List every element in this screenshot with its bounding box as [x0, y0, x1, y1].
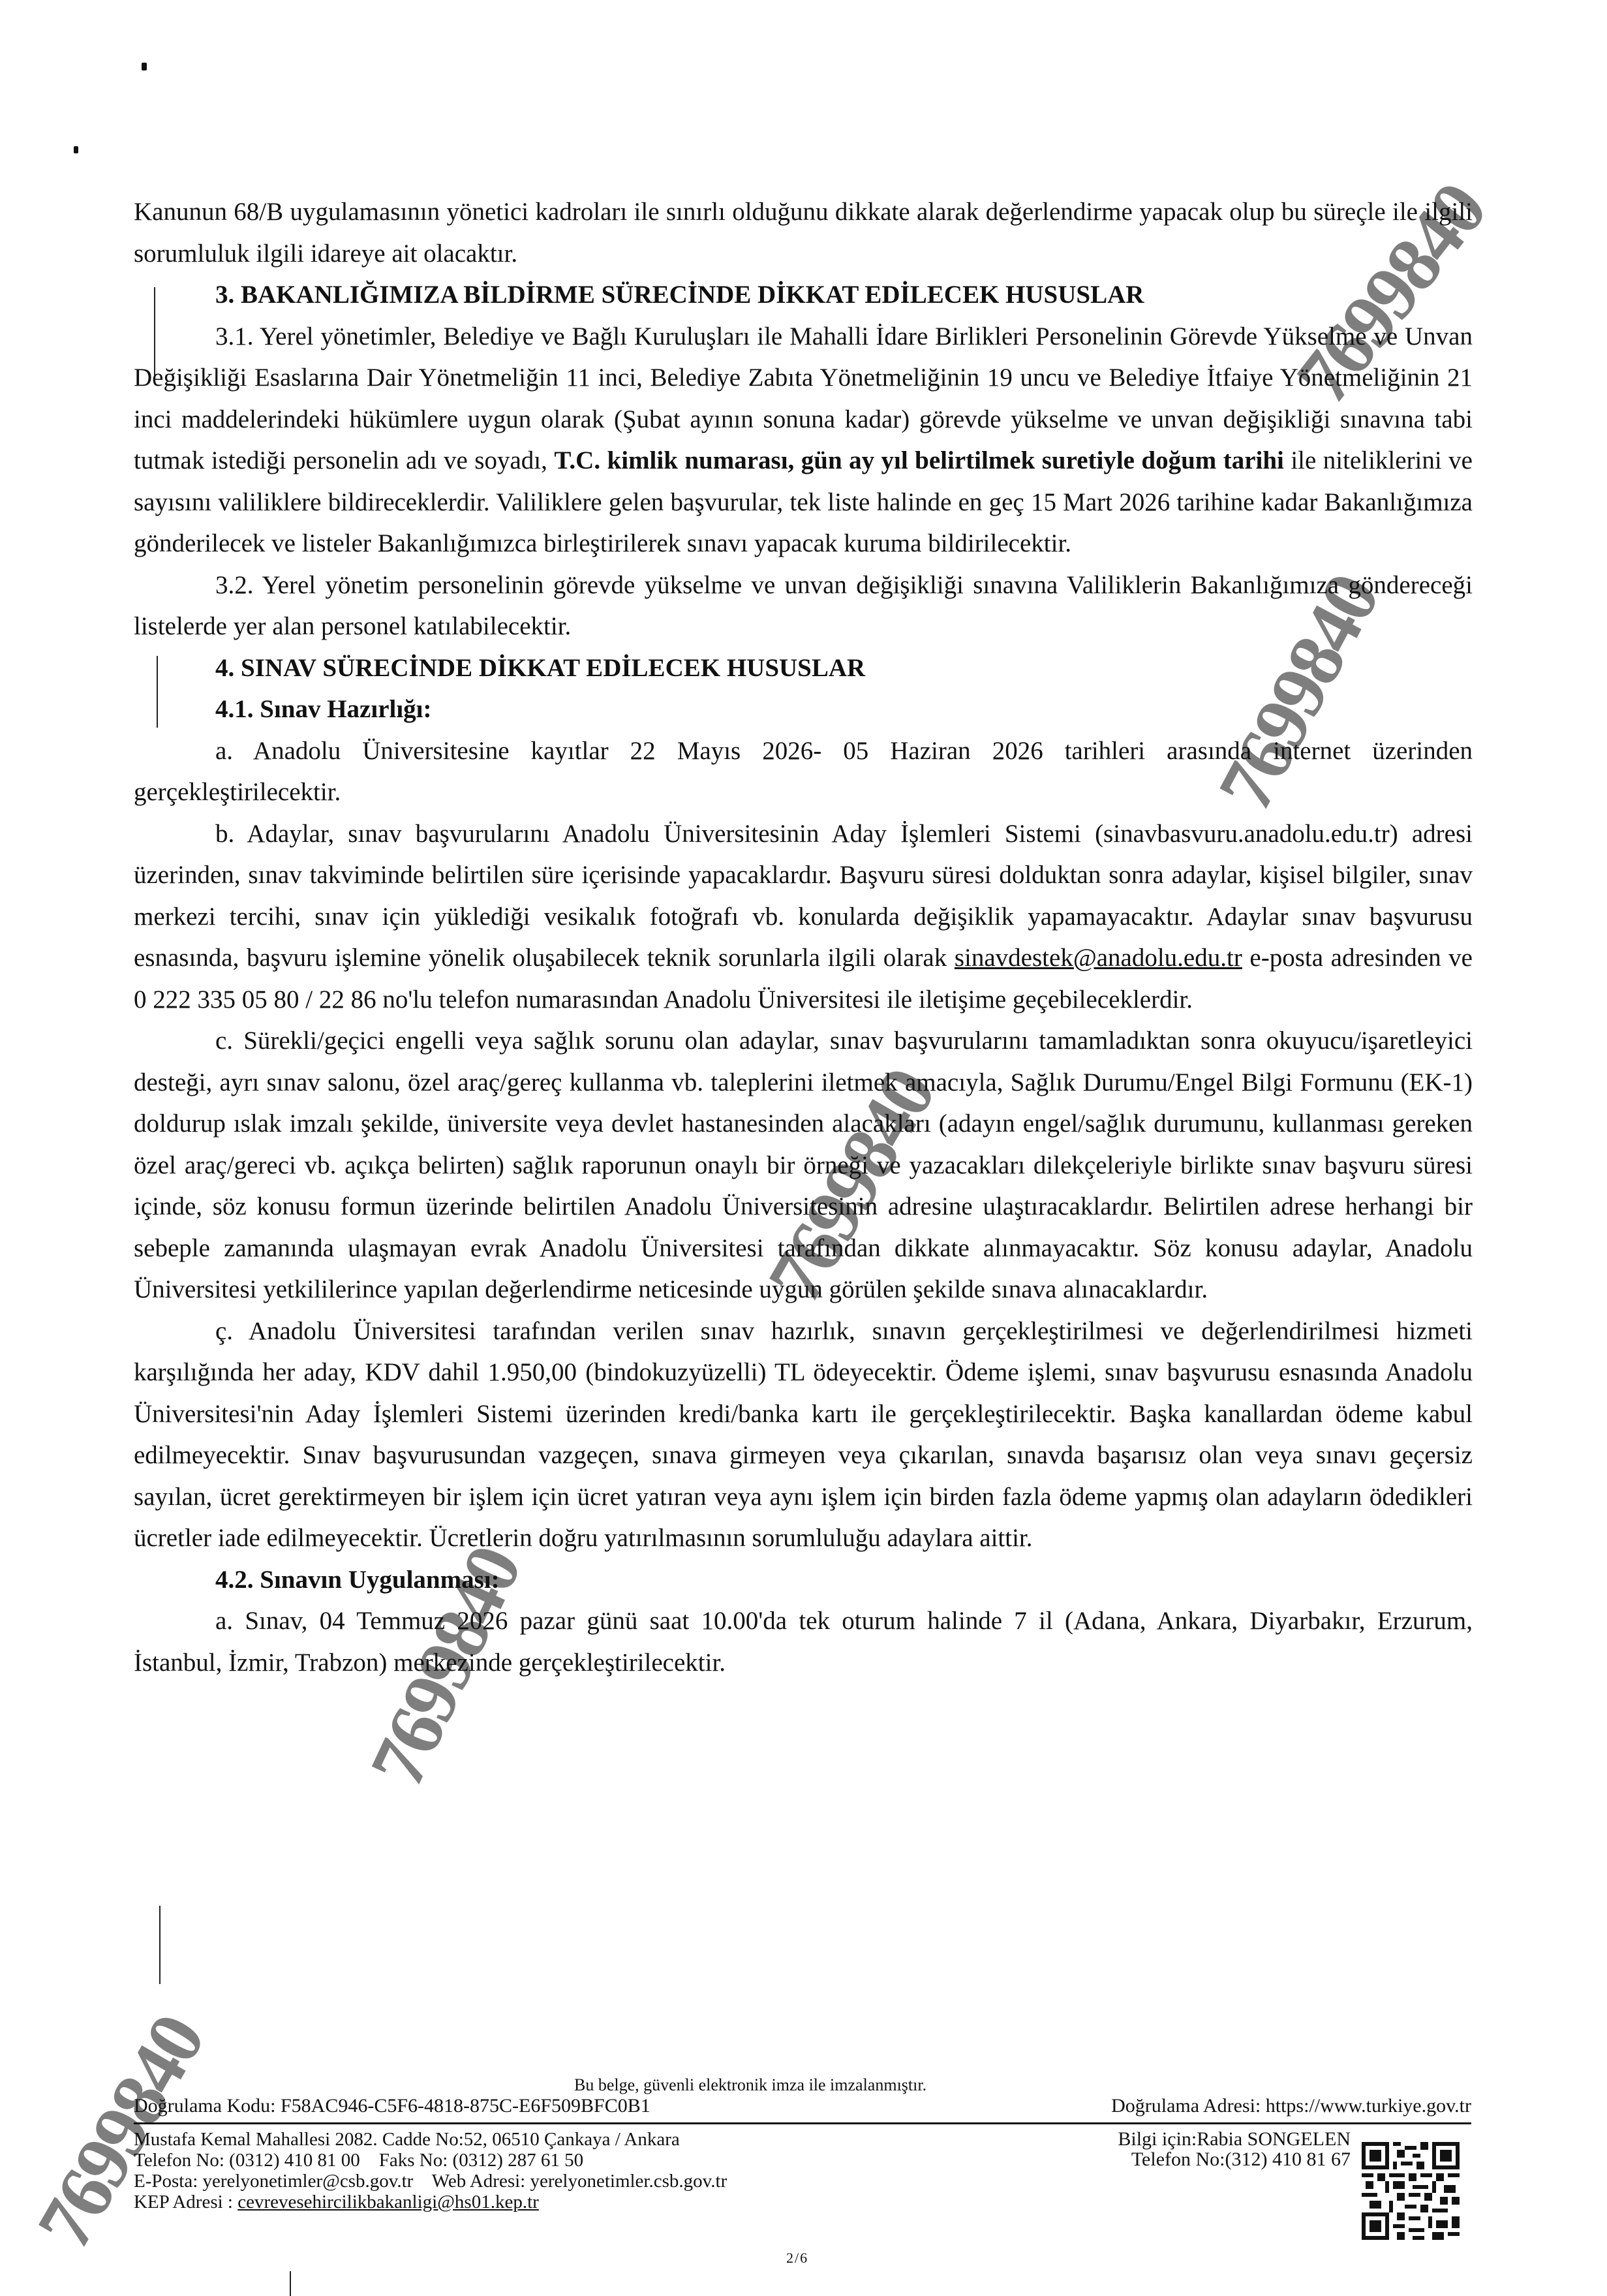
phone-value: (0312) 410 81 00: [229, 2150, 360, 2171]
text-run: 4.2. Sınavın Uygulanması:: [215, 1566, 500, 1594]
body-paragraph: a. Sınav, 04 Temmuz 2026 pazar günü saat…: [134, 1600, 1473, 1683]
text-run: a. Sınav, 04 Temmuz 2026 pazar günü saat…: [134, 1607, 1473, 1677]
text-run: c. Sürekli/geçici engelli veya sağlık so…: [134, 1027, 1473, 1303]
verification-address: Doğrulama Adresi: https://www.turkiye.go…: [1111, 2095, 1471, 2117]
verification-code-value: F58AC946-C5F6-4818-875C-E6F509BFC0B1: [281, 2095, 650, 2117]
text-run: 4. SINAV SÜRECİNDE DİKKAT EDİLECEK HUSUS…: [215, 654, 865, 682]
phone-fax-line: Telefon No: (0312) 410 81 00 Faks No: (0…: [134, 2150, 727, 2171]
scan-artifact-line: [290, 2271, 291, 2296]
verification-code: Doğrulama Kodu: F58AC946-C5F6-4818-875C-…: [134, 2095, 650, 2117]
contact-block: Mustafa Kemal Mahallesi 2082. Cadde No:5…: [134, 2129, 727, 2212]
office-address: Mustafa Kemal Mahallesi 2082. Cadde No:5…: [134, 2129, 727, 2150]
verification-address-link[interactable]: https://www.turkiye.gov.tr: [1266, 2095, 1471, 2117]
info-contact-name: Bilgi için:Rabia SONGELEN: [1108, 2129, 1351, 2149]
info-contact-phone: Telefon No:(312) 410 81 67: [1108, 2149, 1351, 2169]
kep-link[interactable]: cevrevesehircilikbakanligi@hs01.kep.tr: [237, 2192, 539, 2212]
fax-label: Faks No:: [379, 2150, 448, 2171]
web-link[interactable]: yerelyonetimler.csb.gov.tr: [530, 2171, 727, 2192]
email-link[interactable]: sinavdestek@anadolu.edu.tr: [955, 944, 1242, 972]
text-run: T.C. kimlik numarası, gün ay yıl belirti…: [554, 446, 1284, 474]
body-paragraph: a. Anadolu Üniversitesine kayıtlar 22 Ma…: [134, 730, 1473, 813]
email-label: E-Posta:: [134, 2171, 198, 2192]
body-paragraph: b. Adaylar, sınav başvurularını Anadolu …: [134, 813, 1473, 1021]
section-heading: 4. SINAV SÜRECİNDE DİKKAT EDİLECEK HUSUS…: [134, 647, 1473, 689]
info-contact: Bilgi için:Rabia SONGELEN Telefon No:(31…: [1108, 2129, 1351, 2169]
body-paragraph: ç. Anadolu Üniversitesi tarafından veril…: [134, 1311, 1473, 1559]
scan-speck: [142, 63, 147, 70]
section-heading: 4.1. Sınav Hazırlığı:: [134, 689, 1473, 730]
text-run: 3.2. Yerel yönetim personelinin görevde …: [134, 571, 1473, 641]
fax-value: (0312) 287 61 50: [453, 2150, 584, 2171]
phone-label: Telefon No:: [134, 2150, 224, 2171]
verification-code-label: Doğrulama Kodu:: [134, 2095, 275, 2117]
document-page: 7699840 7699840 7699840 7699840 7699840 …: [0, 0, 1607, 2296]
web-label: Web Adresi:: [432, 2171, 525, 2192]
email-web-line: E-Posta: yerelyonetimler@csb.gov.tr Web …: [134, 2171, 727, 2192]
body-paragraph: c. Sürekli/geçici engelli veya sağlık so…: [134, 1020, 1473, 1311]
text-run: Kanunun 68/B uygulamasının yönetici kadr…: [134, 198, 1473, 268]
text-run: a. Anadolu Üniversitesine kayıtlar 22 Ma…: [134, 737, 1473, 807]
kep-line: KEP Adresi : cevrevesehircilikbakanligi@…: [134, 2192, 727, 2212]
body-paragraph: Kanunun 68/B uygulamasının yönetici kadr…: [134, 191, 1473, 274]
body-paragraph: 3.2. Yerel yönetim personelinin görevde …: [134, 565, 1473, 647]
footer-divider: [134, 2122, 1471, 2124]
document-body: Kanunun 68/B uygulamasının yönetici kadr…: [134, 191, 1473, 1683]
qr-code-icon: [1362, 2142, 1460, 2240]
text-run: 3. BAKANLIĞIMIZA BİLDİRME SÜRECİNDE DİKK…: [215, 281, 1144, 309]
scan-speck: [74, 146, 78, 153]
scan-artifact-line: [159, 1906, 161, 1984]
email-link[interactable]: yerelyonetimler@csb.gov.tr: [203, 2171, 414, 2192]
e-signature-notice: Bu belge, güvenli elektronik imza ile im…: [574, 2075, 926, 2095]
kep-label: KEP Adresi :: [134, 2192, 233, 2212]
text-run: ç. Anadolu Üniversitesi tarafından veril…: [134, 1317, 1473, 1553]
page-number: 2/6: [786, 2250, 808, 2267]
section-heading: 4.2. Sınavın Uygulanması:: [134, 1559, 1473, 1601]
verification-address-label: Doğrulama Adresi:: [1111, 2095, 1261, 2117]
body-paragraph: 3.1. Yerel yönetimler, Belediye ve Bağlı…: [134, 316, 1473, 565]
section-heading: 3. BAKANLIĞIMIZA BİLDİRME SÜRECİNDE DİKK…: [134, 274, 1473, 316]
text-run: 4.1. Sınav Hazırlığı:: [215, 695, 432, 723]
